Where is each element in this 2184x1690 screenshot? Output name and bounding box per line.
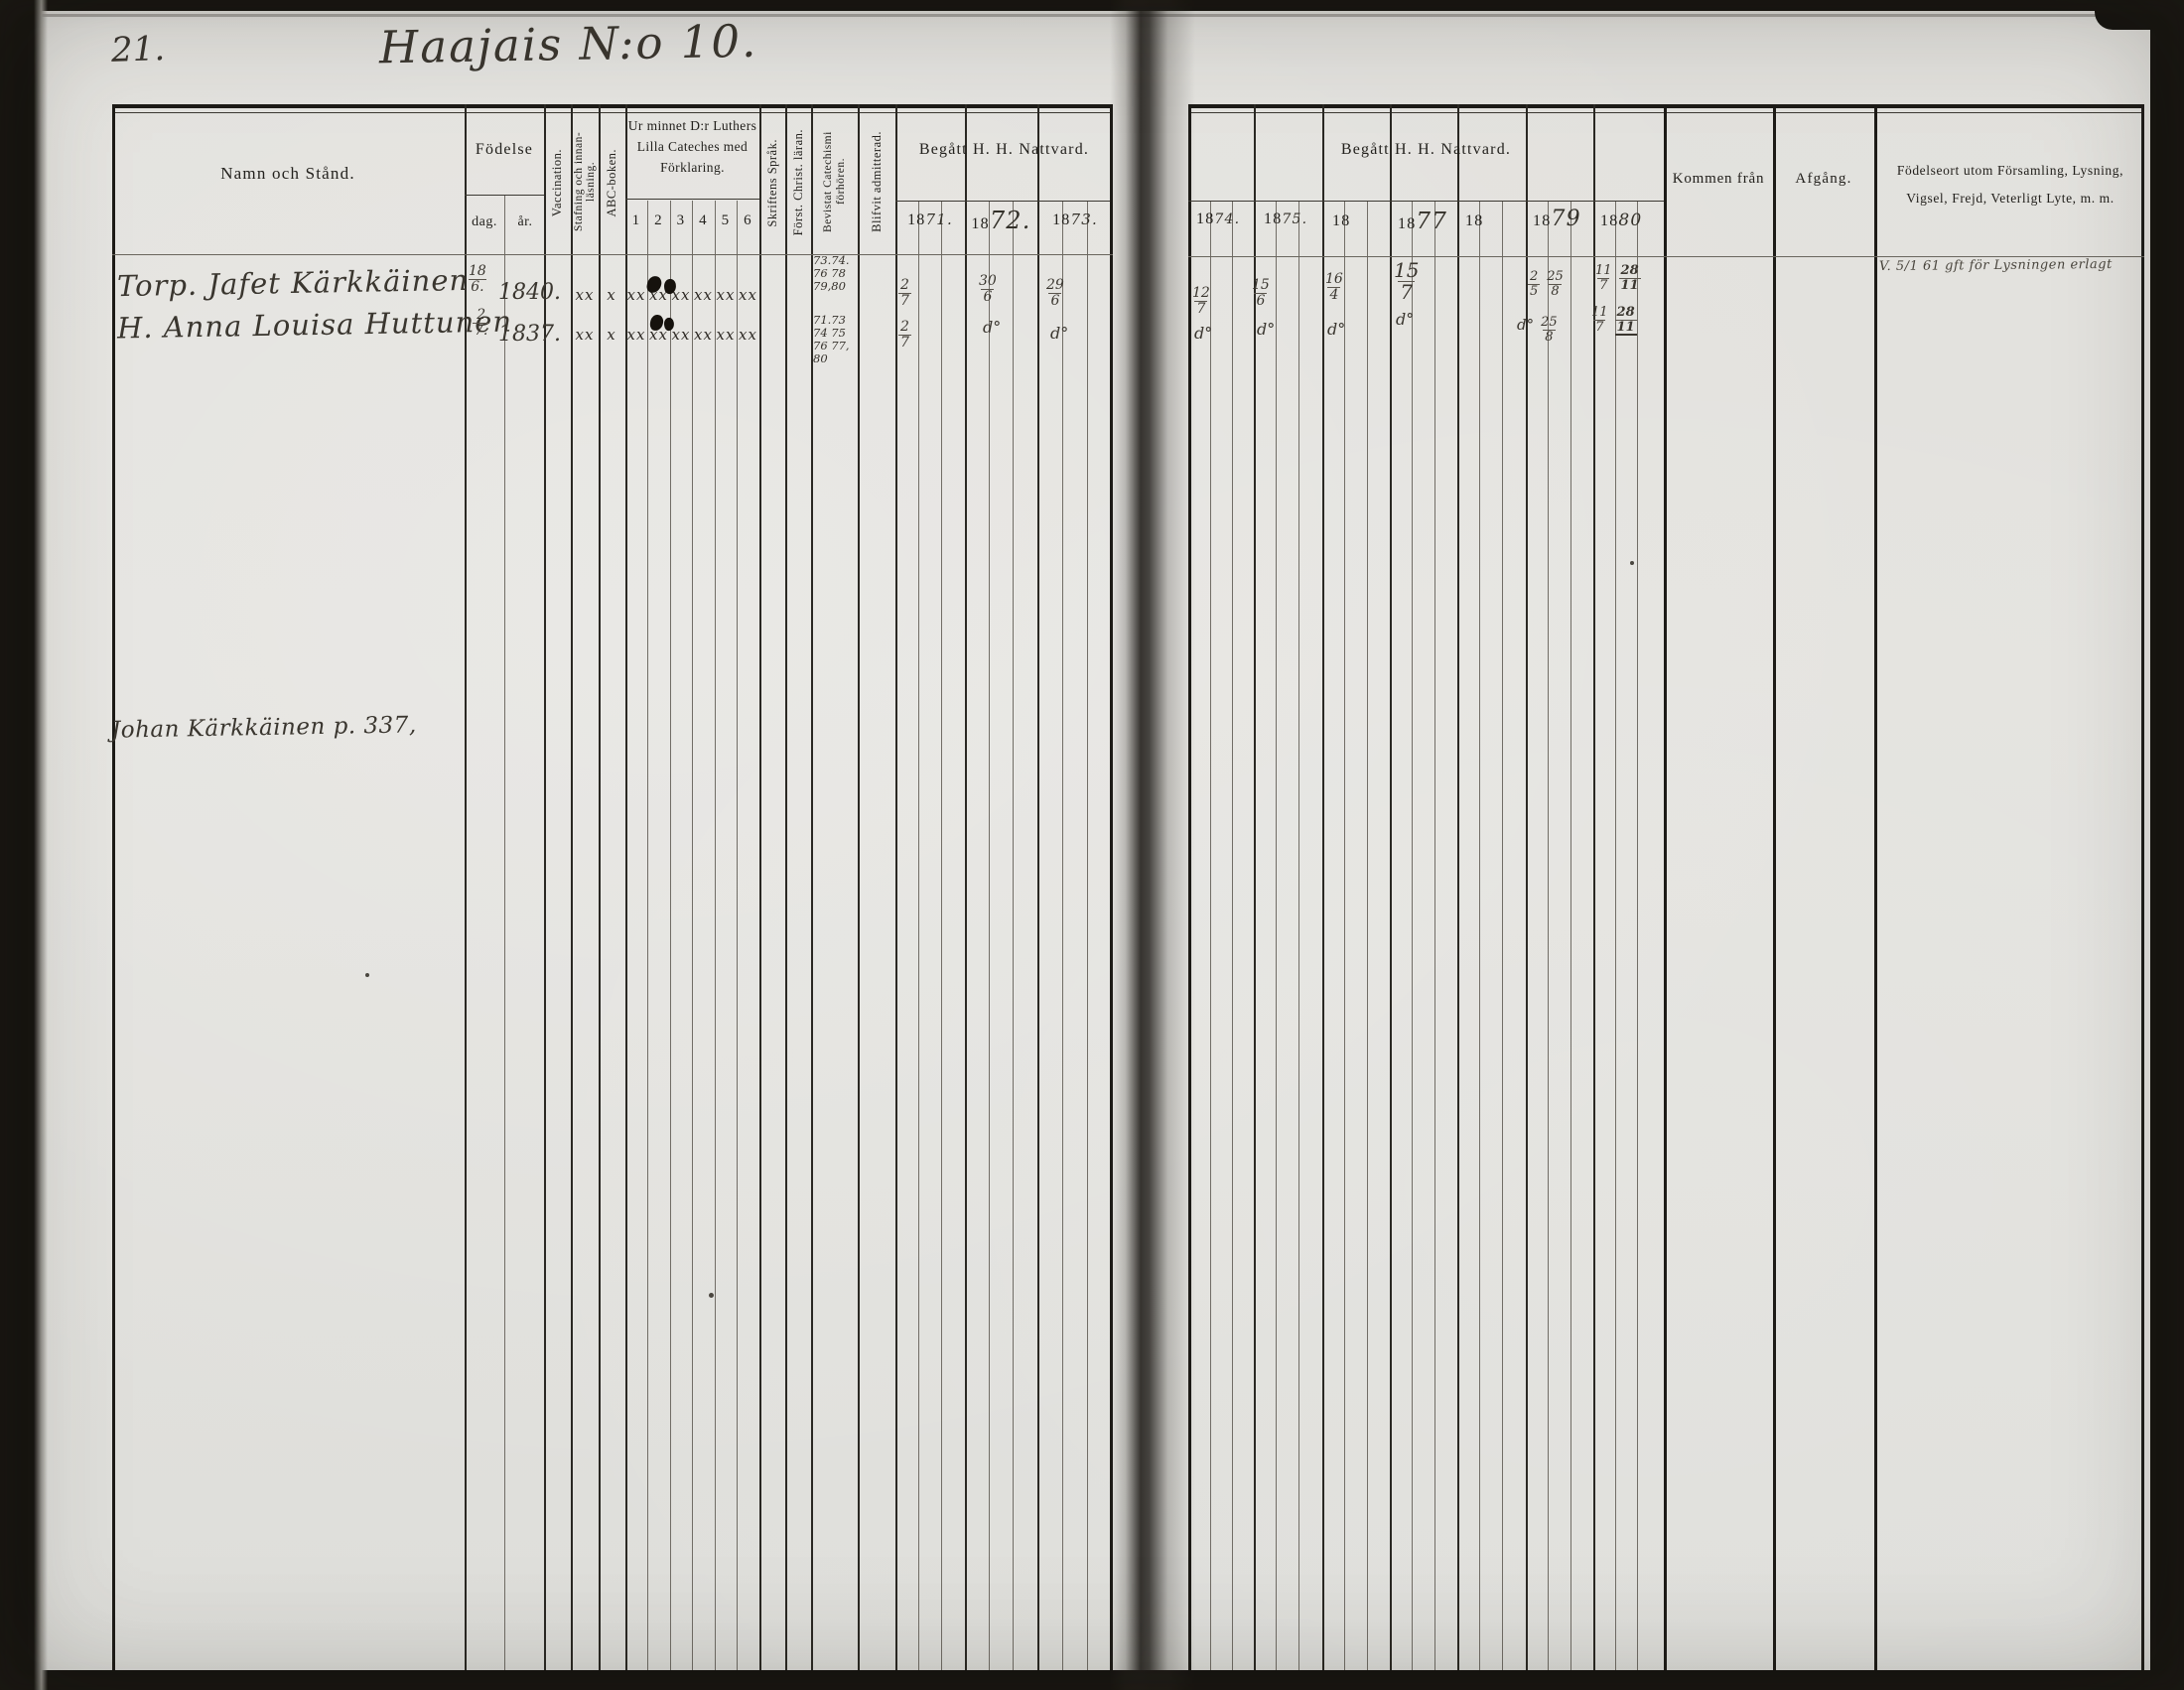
register-scan: 21. Haajais N:o 10. N: [0, 0, 2184, 1690]
catechism-col-4: 4: [692, 212, 715, 229]
right-page-table: [1188, 104, 2144, 1670]
grid-line: [1664, 104, 1667, 1670]
catechism-col-6: 6: [737, 212, 759, 229]
grid-line: [1570, 201, 1571, 1670]
row1-communion-1877: 157: [1394, 260, 1419, 303]
row1-spelling-mark: xx: [572, 286, 598, 304]
row2-communion-1871: 27: [898, 320, 911, 350]
row2-cat5: xx: [715, 326, 737, 344]
year-header-1876: 18: [1332, 211, 1350, 230]
row2-communion-1876: d°: [1327, 320, 1345, 339]
catechism-col-1: 1: [625, 212, 647, 229]
year-header-1873: 1873.: [1037, 211, 1113, 229]
row2-1879-date2: 258: [1541, 316, 1558, 344]
grid-line: [504, 195, 505, 1670]
grid-line: [1412, 201, 1413, 1670]
table-border-right: [1110, 104, 1113, 1670]
grid-line: [965, 104, 967, 1670]
col-header-scripture: Skriftens Språk.: [759, 117, 785, 248]
row2-communion-1874: d°: [1194, 324, 1212, 343]
header-divider: [465, 195, 544, 196]
row2-communion-1877: d°: [1396, 310, 1414, 329]
catechism-col-3: 3: [670, 212, 692, 229]
grid-line: [785, 104, 787, 1670]
row2-birth-day: 2 7.: [473, 308, 489, 338]
col-header-communion-left: Begått H. H. Nattvard.: [895, 141, 1113, 159]
row2-communion-1875: d°: [1257, 320, 1275, 339]
year-header-1872: 1872.: [965, 207, 1037, 234]
row1-cat5: xx: [715, 286, 737, 304]
row1-notes-annotation: V. 5/1 61 gft för Lysningen erlagt: [1879, 257, 2113, 274]
row1-cat6: xx: [737, 286, 759, 304]
col-header-come-from: Kommen från: [1664, 171, 1773, 188]
scan-edge-left: [0, 0, 34, 1690]
grid-line: [1637, 201, 1638, 1670]
year-header-1880: 1880: [1600, 211, 1642, 230]
col-header-doctrine: Först. Christ. läran.: [785, 117, 811, 248]
row2-cat4: xx: [692, 326, 715, 344]
book-gutter: [1110, 0, 1195, 1690]
grid-line: [647, 201, 648, 1670]
grid-line: [918, 201, 919, 1670]
header-divider: [625, 199, 759, 200]
grid-line: [1276, 201, 1277, 1670]
row1-communion-1873: 296: [1046, 278, 1064, 308]
row1-1879-date1: 25: [1528, 270, 1540, 298]
row2-name: H. Anna Louisa Huttunen: [117, 305, 513, 346]
header-bottom-line: [112, 254, 1113, 255]
grid-line: [1013, 201, 1014, 1670]
grid-line: [1874, 104, 1877, 1670]
row2-attended-years: 71.73 74 75 76 77, 80: [813, 314, 859, 365]
row1-communion-1880: 117 2811: [1595, 264, 1641, 292]
year-header-1879: 1879: [1533, 207, 1581, 231]
scan-edge-left-fade: [34, 0, 48, 1690]
header-bottom-line: [1188, 256, 2144, 257]
grid-line: [1367, 201, 1368, 1670]
row1-abc-mark: x: [600, 286, 623, 304]
row1-birth-day: 18 6.: [469, 264, 486, 294]
row2-birth-year: 1837.: [498, 322, 561, 347]
year-header-1877: 1877: [1398, 209, 1447, 234]
row2-cat6: xx: [737, 326, 759, 344]
grid-line: [1232, 201, 1233, 1670]
row2-cat3: xx: [670, 326, 692, 344]
row1-birth-year: 1840.: [498, 280, 561, 305]
grid-line: [1434, 201, 1435, 1670]
row2-1880-date2: 2811: [1615, 306, 1637, 336]
ink-speck: [1630, 561, 1634, 565]
col-header-catechism: Ur minnet D:r Luthers Lilla Cateches med…: [627, 115, 757, 178]
col-header-abc: ABC-boken.: [599, 117, 625, 248]
page-number: 21.: [110, 29, 165, 70]
margin-note: Johan Kärkkäinen p. 337,: [111, 712, 417, 743]
row1-name: Torp. Jafet Kärkkäinen: [117, 263, 470, 303]
row1-1880-date1: 117: [1595, 264, 1612, 292]
row2-abc-mark: x: [600, 326, 623, 344]
page-title: Haajais N:o 10.: [379, 15, 758, 74]
grid-line: [759, 104, 761, 1670]
col-header-birth-year: år.: [506, 214, 544, 230]
row2-communion-1872: d°: [983, 318, 1001, 337]
scan-edge-bottom: [0, 1670, 2184, 1690]
grid-line: [1479, 201, 1480, 1670]
grid-line: [941, 201, 942, 1670]
col-header-birth: Födelse: [465, 141, 544, 159]
row2-communion-1873: d°: [1050, 324, 1068, 343]
year-header-1875: 1875.: [1264, 211, 1307, 228]
row2-1880-date1: 117: [1591, 306, 1608, 334]
grid-line: [1502, 201, 1503, 1670]
row1-communion-1872: 306: [979, 274, 997, 304]
table-border-top: [112, 104, 1113, 108]
row1-communion-1874: 127: [1192, 286, 1210, 316]
col-header-attended: Bevistat Catechismi förhören.: [811, 111, 858, 252]
col-header-notes: Födelseort utom Församling, Lysning, Vig…: [1882, 157, 2138, 212]
grid-line: [1298, 201, 1299, 1670]
year-header-1874: 1874.: [1196, 211, 1240, 228]
grid-line: [1062, 201, 1063, 1670]
scan-edge-topline: [0, 14, 2184, 17]
grid-line: [989, 201, 990, 1670]
ink-speck: [365, 973, 369, 977]
catechism-col-5: 5: [715, 212, 737, 229]
row2-cat1: xx: [625, 326, 647, 344]
grid-line: [1548, 201, 1549, 1670]
row1-cat4: xx: [692, 286, 715, 304]
grid-line: [1210, 201, 1211, 1670]
row2-1879-ditto: d°: [1517, 316, 1534, 334]
scan-edge-top: [0, 0, 2184, 11]
grid-line: [737, 201, 738, 1670]
col-header-communion-right: Begått H. H. Nattvard.: [1188, 141, 1664, 159]
grid-line: [715, 201, 716, 1670]
col-header-departure: Afgång.: [1773, 171, 1874, 188]
grid-line: [692, 201, 693, 1670]
table-innerline-top: [112, 112, 1113, 113]
grid-line: [1593, 104, 1595, 1670]
grid-line: [1457, 104, 1459, 1670]
col-header-admitted: Blifvit admitterad.: [858, 111, 895, 252]
ink-speck: [709, 1293, 714, 1298]
table-border-right: [2141, 104, 2144, 1670]
row1-1880-date2: 2811: [1619, 264, 1641, 292]
grid-line: [670, 201, 671, 1670]
row1-communion-1875: 156: [1252, 278, 1270, 308]
col-header-spelling: Stafning och innan-läsning.: [571, 111, 599, 252]
table-border-left: [112, 104, 115, 1670]
row1-attended-years: 73.74. 76 78 79,80: [813, 254, 859, 293]
grid-line: [1615, 201, 1616, 1670]
grid-line: [1390, 104, 1392, 1670]
row2-spelling-mark: xx: [572, 326, 598, 344]
col-header-name: Namn och Stånd.: [159, 164, 417, 184]
table-border-left: [1188, 104, 1191, 1670]
scan-edge-right: [2150, 0, 2184, 1690]
row1-communion-1879: 25 258: [1528, 270, 1564, 298]
grid-line: [465, 104, 467, 1670]
catechism-col-2: 2: [647, 212, 670, 229]
grid-line: [1773, 104, 1776, 1670]
col-header-vaccination: Vaccination.: [544, 117, 571, 248]
year-header-1878: 18: [1465, 211, 1483, 230]
row1-1879-date2: 258: [1547, 270, 1564, 298]
grid-line: [1322, 104, 1324, 1670]
grid-line: [1254, 104, 1256, 1670]
row1-communion-1876: 164: [1325, 272, 1343, 302]
grid-line: [1344, 201, 1345, 1670]
row2-communion-1879: d° 258: [1517, 316, 1558, 344]
row1-communion-1871: 27: [898, 278, 911, 308]
year-header-1871: 1871.: [895, 211, 965, 229]
header-divider: [1188, 201, 1664, 202]
row2-communion-1880: 117 2811: [1591, 306, 1637, 336]
scan-edge-corner: [2095, 0, 2184, 30]
col-header-birth-day: dag.: [465, 214, 504, 230]
grid-line: [1037, 104, 1039, 1670]
header-divider: [895, 201, 1110, 202]
grid-line: [895, 104, 897, 1670]
row1-cat1: xx: [625, 286, 647, 304]
grid-line: [1087, 201, 1088, 1670]
